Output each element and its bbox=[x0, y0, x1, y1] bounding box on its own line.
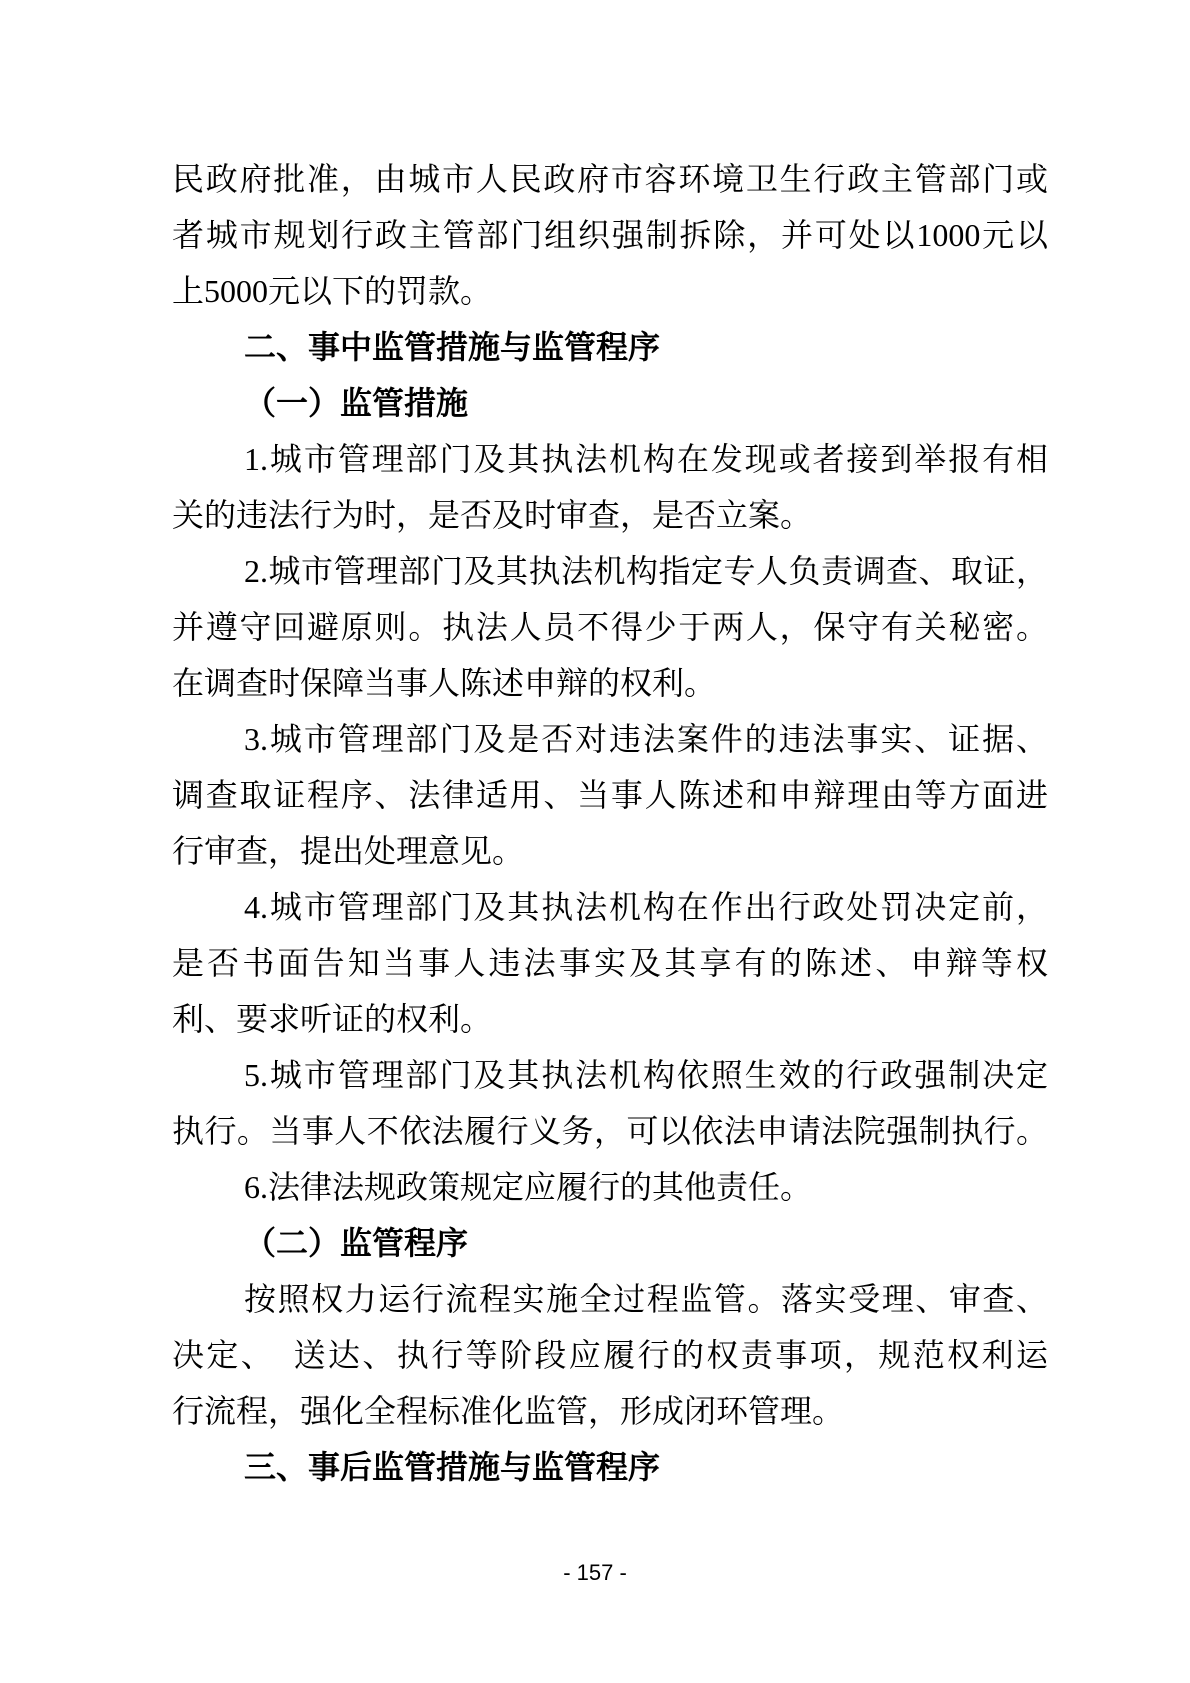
document-page: 民政府批准，由城市人民政府市容环境卫生行政主管部门或 者城市规划行政主管部门组织… bbox=[0, 0, 1190, 1683]
paragraph-line: 民政府批准，由城市人民政府市容环境卫生行政主管部门或 bbox=[172, 151, 1048, 207]
paragraph-line: 执行。当事人不依法履行义务，可以依法申请法院强制执行。 bbox=[172, 1103, 1048, 1159]
paragraph-line: 利、要求听证的权利。 bbox=[172, 991, 1048, 1047]
page-number: - 157 - bbox=[563, 1560, 627, 1585]
subsection-heading: （二）监管程序 bbox=[172, 1215, 1048, 1271]
paragraph-line: 上5000元以下的罚款。 bbox=[172, 263, 1048, 319]
paragraph-line: 按照权力运行流程实施全过程监管。落实受理、审查、 bbox=[172, 1271, 1048, 1327]
document-body: 民政府批准，由城市人民政府市容环境卫生行政主管部门或 者城市规划行政主管部门组织… bbox=[172, 151, 1048, 1495]
paragraph-line: 在调查时保障当事人陈述申辩的权利。 bbox=[172, 655, 1048, 711]
paragraph-line: 是否书面告知当事人违法事实及其享有的陈述、申辩等权 bbox=[172, 935, 1048, 991]
page-footer: - 157 - bbox=[0, 1560, 1190, 1586]
paragraph-line: 并遵守回避原则。执法人员不得少于两人，保守有关秘密。 bbox=[172, 599, 1048, 655]
section-heading: 三、事后监管措施与监管程序 bbox=[172, 1439, 1048, 1495]
list-item-line: 5.城市管理部门及其执法机构依照生效的行政强制决定 bbox=[172, 1047, 1048, 1103]
subsection-heading: （一）监管措施 bbox=[172, 375, 1048, 431]
paragraph-line: 决定、 送达、执行等阶段应履行的权责事项，规范权利运 bbox=[172, 1327, 1048, 1383]
paragraph-line: 者城市规划行政主管部门组织强制拆除，并可处以1000元以 bbox=[172, 207, 1048, 263]
list-item-line: 1.城市管理部门及其执法机构在发现或者接到举报有相 bbox=[172, 431, 1048, 487]
list-item-line: 3.城市管理部门及是否对违法案件的违法事实、证据、 bbox=[172, 711, 1048, 767]
list-item-line: 2.城市管理部门及其执法机构指定专人负责调查、取证， bbox=[172, 543, 1048, 599]
paragraph-line: 关的违法行为时，是否及时审查，是否立案。 bbox=[172, 487, 1048, 543]
list-item-line: 6.法律法规政策规定应履行的其他责任。 bbox=[172, 1159, 1048, 1215]
paragraph-line: 行审查，提出处理意见。 bbox=[172, 823, 1048, 879]
list-item-line: 4.城市管理部门及其执法机构在作出行政处罚决定前， bbox=[172, 879, 1048, 935]
paragraph-line: 调查取证程序、法律适用、当事人陈述和申辩理由等方面进 bbox=[172, 767, 1048, 823]
paragraph-line: 行流程，强化全程标准化监管，形成闭环管理。 bbox=[172, 1383, 1048, 1439]
section-heading: 二、事中监管措施与监管程序 bbox=[172, 319, 1048, 375]
